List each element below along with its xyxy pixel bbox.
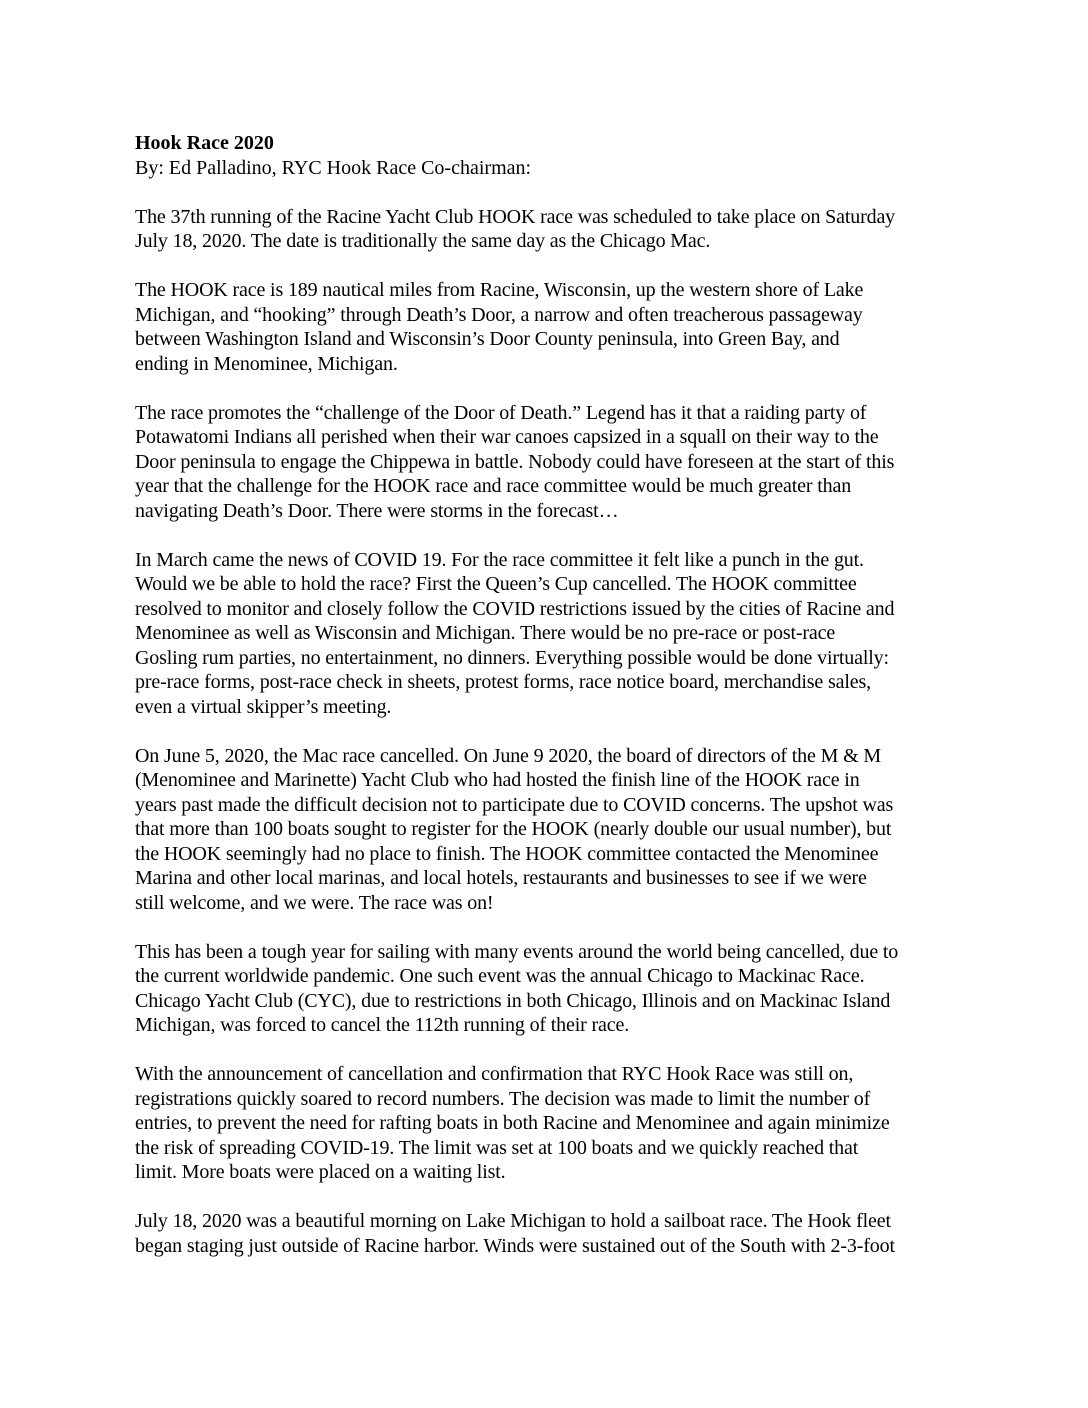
text-line: that more than 100 boats sought to regis…: [135, 817, 975, 842]
paragraph-race-day: July 18, 2020 was a beautiful morning on…: [135, 1209, 975, 1258]
text-line: the current worldwide pandemic. One such…: [135, 964, 975, 989]
paragraph-covid-news: In March came the news of COVID 19. For …: [135, 548, 975, 720]
document-byline: By: Ed Palladino, RYC Hook Race Co-chair…: [135, 156, 975, 181]
text-line: Michigan, was forced to cancel the 112th…: [135, 1013, 975, 1038]
text-line: July 18, 2020 was a beautiful morning on…: [135, 1209, 975, 1234]
text-line: In March came the news of COVID 19. For …: [135, 548, 975, 573]
text-line: limit. More boats were placed on a waiti…: [135, 1160, 975, 1185]
text-line: With the announcement of cancellation an…: [135, 1062, 975, 1087]
text-line: year that the challenge for the HOOK rac…: [135, 474, 975, 499]
paragraph-mac-cancelled: On June 5, 2020, the Mac race cancelled.…: [135, 744, 975, 916]
text-line: even a virtual skipper’s meeting.: [135, 695, 975, 720]
text-line: The race promotes the “challenge of the …: [135, 401, 975, 426]
text-line: The HOOK race is 189 nautical miles from…: [135, 278, 975, 303]
text-line: Michigan, and “hooking” through Death’s …: [135, 303, 975, 328]
paragraph-race-scheduled: The 37th running of the Racine Yacht Clu…: [135, 205, 975, 254]
paragraph-race-route: The HOOK race is 189 nautical miles from…: [135, 278, 975, 376]
text-line: The 37th running of the Racine Yacht Clu…: [135, 205, 975, 230]
text-line: Marina and other local marinas, and loca…: [135, 866, 975, 891]
text-line: On June 5, 2020, the Mac race cancelled.…: [135, 744, 975, 769]
text-line: entries, to prevent the need for rafting…: [135, 1111, 975, 1136]
text-line: Door peninsula to engage the Chippewa in…: [135, 450, 975, 475]
text-line: (Menominee and Marinette) Yacht Club who…: [135, 768, 975, 793]
text-line: still welcome, and we were. The race was…: [135, 891, 975, 916]
text-line: between Washington Island and Wisconsin’…: [135, 327, 975, 352]
text-line: Potawatomi Indians all perished when the…: [135, 425, 975, 450]
text-line: pre-race forms, post-race check in sheet…: [135, 670, 975, 695]
text-line: the risk of spreading COVID-19. The limi…: [135, 1136, 975, 1161]
text-line: This has been a tough year for sailing w…: [135, 940, 975, 965]
text-line: ending in Menominee, Michigan.: [135, 352, 975, 377]
text-line: resolved to monitor and closely follow t…: [135, 597, 975, 622]
paragraph-legend: The race promotes the “challenge of the …: [135, 401, 975, 524]
text-line: Gosling rum parties, no entertainment, n…: [135, 646, 975, 671]
text-line: Would we be able to hold the race? First…: [135, 572, 975, 597]
text-line: the HOOK seemingly had no place to finis…: [135, 842, 975, 867]
paragraph-tough-year: This has been a tough year for sailing w…: [135, 940, 975, 1038]
document-title: Hook Race 2020: [135, 131, 975, 156]
document-page: Hook Race 2020 By: Ed Palladino, RYC Hoo…: [135, 131, 975, 1283]
text-line: registrations quickly soared to record n…: [135, 1087, 975, 1112]
text-line: Menominee as well as Wisconsin and Michi…: [135, 621, 975, 646]
paragraph-registrations: With the announcement of cancellation an…: [135, 1062, 975, 1185]
text-line: Chicago Yacht Club (CYC), due to restric…: [135, 989, 975, 1014]
text-line: navigating Death’s Door. There were stor…: [135, 499, 975, 524]
text-line: July 18, 2020. The date is traditionally…: [135, 229, 975, 254]
text-line: began staging just outside of Racine har…: [135, 1234, 975, 1259]
text-line: years past made the difficult decision n…: [135, 793, 975, 818]
